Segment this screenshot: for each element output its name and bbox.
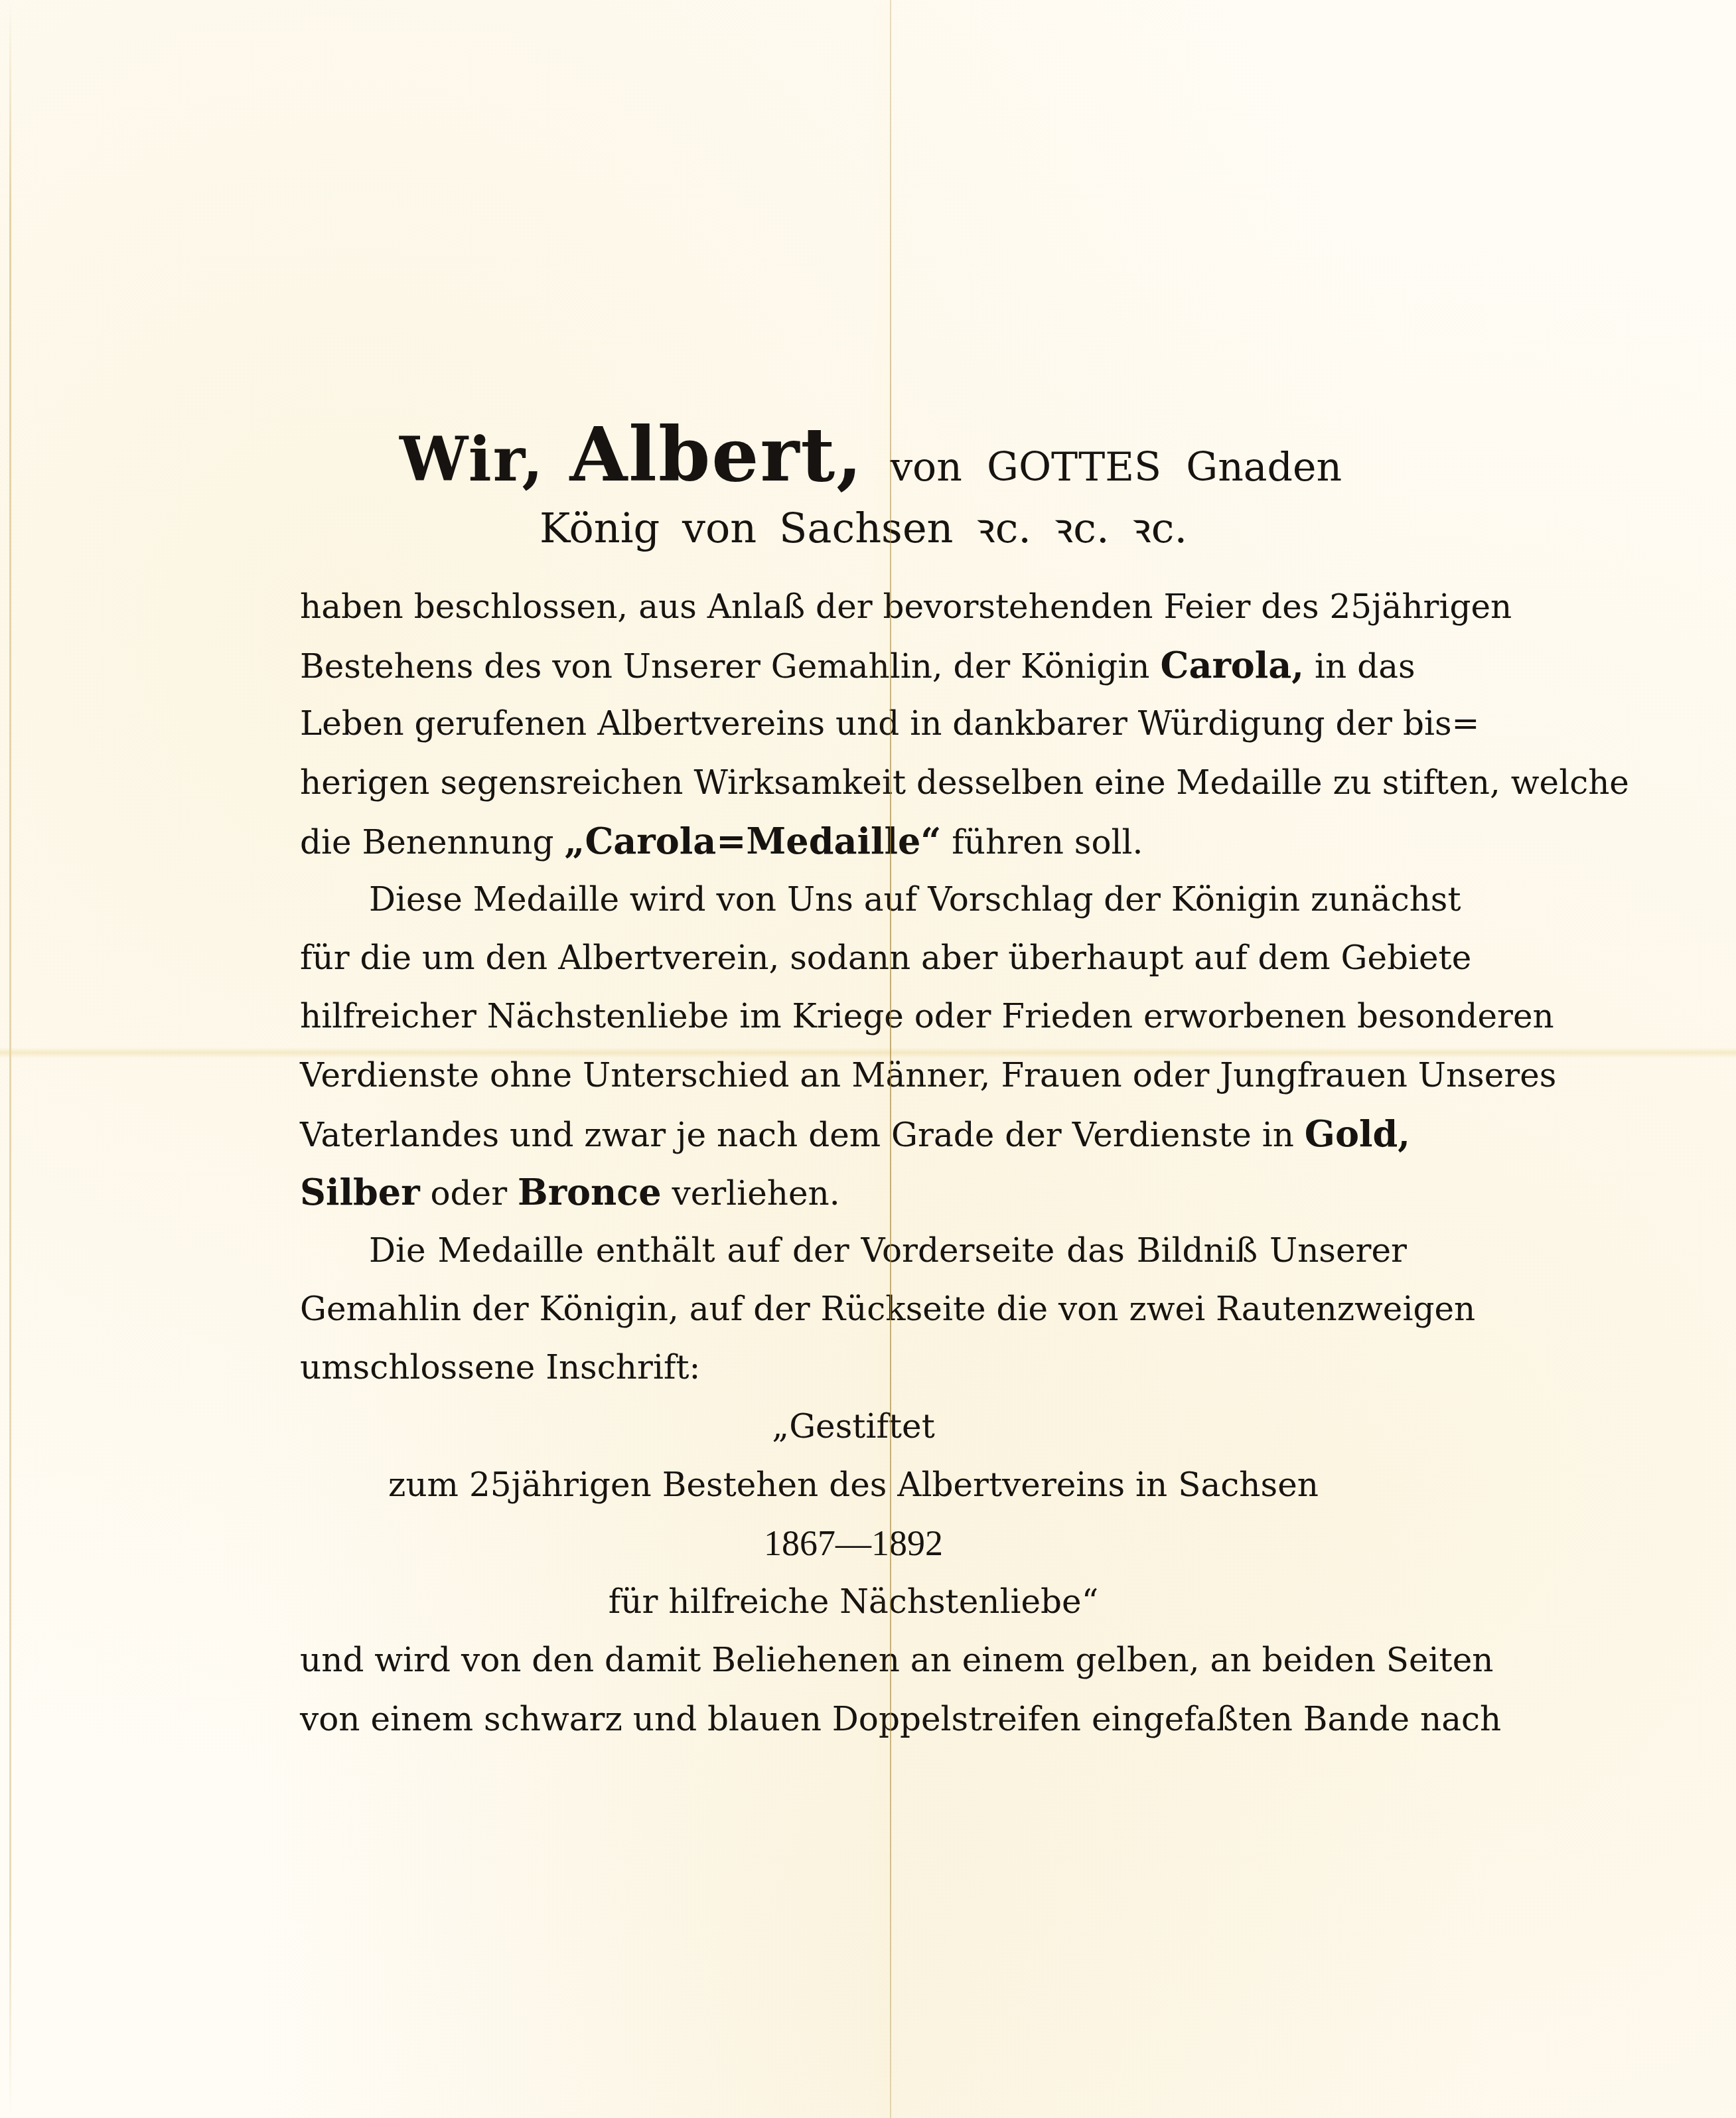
text-line: 1867—1892 — [300, 1514, 1407, 1572]
text-segment: in das — [1304, 647, 1415, 686]
text-segment: umschlossene Inschrift: — [300, 1348, 700, 1387]
text-segment: für die um den Albertverein, sodann aber… — [300, 939, 1471, 977]
text-segment: Vaterlandes und zwar je nach dem Grade d… — [300, 1116, 1305, 1154]
heading-pronoun: Wir, — [399, 423, 544, 495]
text-line: Verdienste ohne Unterschied an Männer, F… — [300, 1046, 1407, 1104]
decree-body: haben beschlossen, aus Anlaß der bevorst… — [300, 577, 1407, 1748]
text-segment: verliehen. — [662, 1174, 840, 1213]
text-line: herigen segensreichen Wirksamkeit dessel… — [300, 753, 1407, 812]
text-line: Vaterlandes und zwar je nach dem Grade d… — [300, 1104, 1407, 1163]
text-line: von einem schwarz und blauen Doppelstrei… — [300, 1690, 1407, 1748]
paragraph-medal-description: Die Medaille enthält auf der Vorderseite… — [300, 1221, 1407, 1397]
text-line: für hilfreiche Nächstenliebe“ — [300, 1572, 1407, 1631]
text-segment: Diese Medaille wird von Uns auf Vorschla… — [369, 880, 1461, 919]
paper-edge-left — [9, 0, 11, 2118]
text-line: Bestehens des von Unserer Gemahlin, der … — [300, 636, 1407, 694]
text-segment: zum 25jährigen Bestehen des Albertverein… — [388, 1466, 1319, 1504]
text-line: Silber oder Bronce verliehen. — [300, 1163, 1407, 1221]
heading-by-grace: von GOTTES Gnaden — [890, 444, 1342, 491]
text-segment: hilfreicher Nächstenliebe im Kriege oder… — [300, 997, 1554, 1035]
decree-heading: Wir, Albert, von GOTTES Gnaden — [399, 412, 1329, 498]
emphasized-word: Silber — [300, 1171, 420, 1213]
text-line: Leben gerufenen Albertvereins und in dan… — [300, 694, 1407, 753]
emphasized-word: Carola, — [1160, 644, 1304, 686]
emphasized-word: Gold, — [1305, 1112, 1410, 1155]
text-segment: für hilfreiche Nächstenliebe“ — [609, 1582, 1098, 1621]
text-line: Diese Medaille wird von Uns auf Vorschla… — [300, 870, 1407, 929]
text-segment: von einem schwarz und blauen Doppelstrei… — [300, 1700, 1501, 1738]
paragraph-inscription: „Gestiftetzum 25jährigen Bestehen des Al… — [300, 1397, 1407, 1631]
paper-fold-vertical — [890, 0, 891, 2118]
text-segment: die Benennung — [300, 823, 564, 862]
text-line: haben beschlossen, aus Anlaß der bevorst… — [300, 577, 1407, 636]
text-line: umschlossene Inschrift: — [300, 1338, 1407, 1397]
text-segment: haben beschlossen, aus Anlaß der bevorst… — [300, 587, 1512, 626]
paragraph-ribbon: und wird von den damit Beliehenen an ein… — [300, 1631, 1407, 1748]
text-line: Die Medaille enthält auf der Vorderseite… — [300, 1221, 1407, 1280]
text-line: zum 25jährigen Bestehen des Albertverein… — [300, 1456, 1407, 1514]
paragraph-resolution: haben beschlossen, aus Anlaß der bevorst… — [300, 577, 1407, 870]
text-segment: Bestehens des von Unserer Gemahlin, der … — [300, 647, 1160, 686]
date-range: 1867—1892 — [764, 1523, 943, 1563]
text-segment: Die Medaille enthält auf der Vorderseite… — [369, 1231, 1407, 1270]
text-segment: führen soll. — [941, 823, 1143, 862]
heading-royal-title: König von Sachsen ꝛc. ꝛc. ꝛc. — [300, 499, 1407, 555]
text-line: und wird von den damit Beliehenen an ein… — [300, 1631, 1407, 1689]
emphasized-word: „Carola=Medaille“ — [564, 820, 941, 862]
text-segment: Verdienste ohne Unterschied an Männer, F… — [300, 1056, 1556, 1095]
text-line: hilfreicher Nächstenliebe im Kriege oder… — [300, 987, 1407, 1045]
text-line: die Benennung „Carola=Medaille“ führen s… — [300, 812, 1407, 870]
text-segment: „Gestiftet — [772, 1407, 934, 1446]
text-line: „Gestiftet — [300, 1397, 1407, 1456]
text-line: für die um den Albertverein, sodann aber… — [300, 929, 1407, 987]
text-segment: herigen segensreichen Wirksamkeit dessel… — [300, 763, 1629, 802]
text-segment: oder — [420, 1174, 518, 1213]
emphasized-word: Bronce — [518, 1171, 662, 1213]
text-segment: und wird von den damit Beliehenen an ein… — [300, 1641, 1494, 1679]
text-line: Gemahlin der Königin, auf der Rückseite … — [300, 1280, 1407, 1338]
paragraph-award-criteria: Diese Medaille wird von Uns auf Vorschla… — [300, 870, 1407, 1221]
text-segment: Gemahlin der Königin, auf der Rückseite … — [300, 1290, 1475, 1328]
heading-king-name: Albert, — [569, 412, 863, 498]
